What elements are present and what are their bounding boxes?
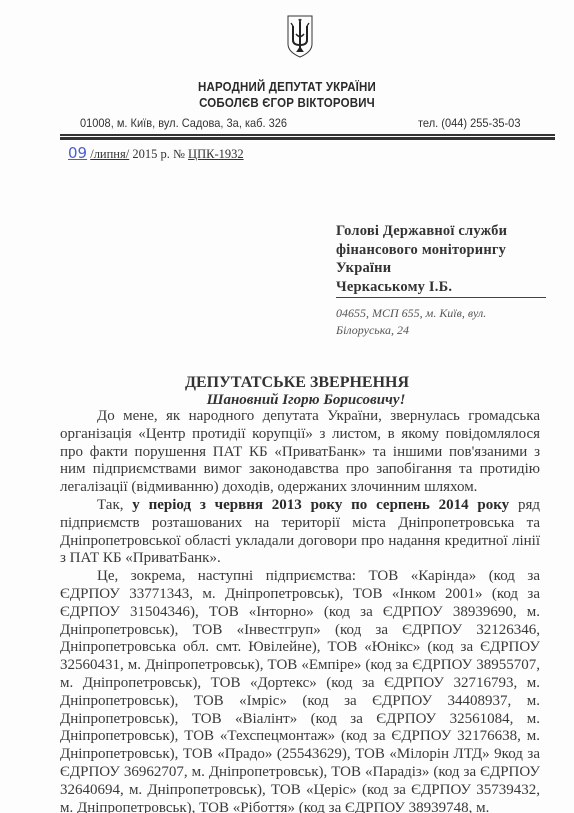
- reference-month: /липня/: [90, 147, 129, 161]
- paragraph-text: Так,: [97, 497, 132, 513]
- letter-page: НАРОДНИЙ ДЕПУТАТ УКРАЇНИ СОБОЛЄВ ЄГОР ВІ…: [0, 0, 574, 813]
- recipient-line: Голові Державної служби: [336, 222, 507, 241]
- recipient-rule: [336, 297, 546, 298]
- reference-day: 09: [68, 144, 87, 162]
- paragraph: Так, у період з червня 2013 року по серп…: [60, 497, 540, 568]
- letterhead-phone: тел. (044) 255-35-03: [418, 116, 520, 130]
- recipient-line: України: [336, 259, 507, 278]
- header-rule-thick: [60, 137, 555, 140]
- reference-line: 09 /липня/ 2015 р. № ЦПК-1932: [68, 144, 244, 162]
- reference-number: ЦПК-1932: [188, 147, 244, 161]
- recipient-line: фінансового моніторингу: [336, 241, 507, 260]
- trident-coat-of-arms-icon: [286, 14, 314, 58]
- paragraph: Це, зокрема, наступні підприємства: ТОВ …: [60, 568, 540, 813]
- recipient-address: 04655, МСП 655, м. Київ, вул. Білоруська…: [336, 305, 486, 339]
- reference-year: 2015 р. №: [129, 147, 188, 161]
- paragraph-bold-period: у період з червня 2013 року по серпень 2…: [132, 497, 509, 513]
- recipient-address-line: Білоруська, 24: [336, 322, 486, 339]
- recipient-address-line: 04655, МСП 655, м. Київ, вул.: [336, 305, 486, 322]
- document-title: ДЕПУТАТСЬКЕ ЗВЕРНЕННЯ: [0, 374, 574, 392]
- letter-body: До мене, як народного депутата України, …: [60, 408, 540, 813]
- recipient-block: Голові Державної служби фінансового моні…: [336, 222, 507, 296]
- letterhead-deputy-name: СОБОЛЄВ ЄГОР ВІКТОРОВИЧ: [23, 96, 551, 110]
- letterhead-title: НАРОДНИЙ ДЕПУТАТ УКРАЇНИ: [23, 80, 551, 94]
- header-rule-thin: [60, 134, 555, 136]
- greeting: Шановний Ігорю Борисовичу!: [0, 392, 574, 409]
- paragraph: До мене, як народного депутата України, …: [60, 408, 540, 497]
- recipient-line: Черкаському І.Б.: [336, 278, 507, 297]
- letterhead-address: 01008, м. Київ, вул. Садова, 3а, каб. 32…: [80, 116, 287, 130]
